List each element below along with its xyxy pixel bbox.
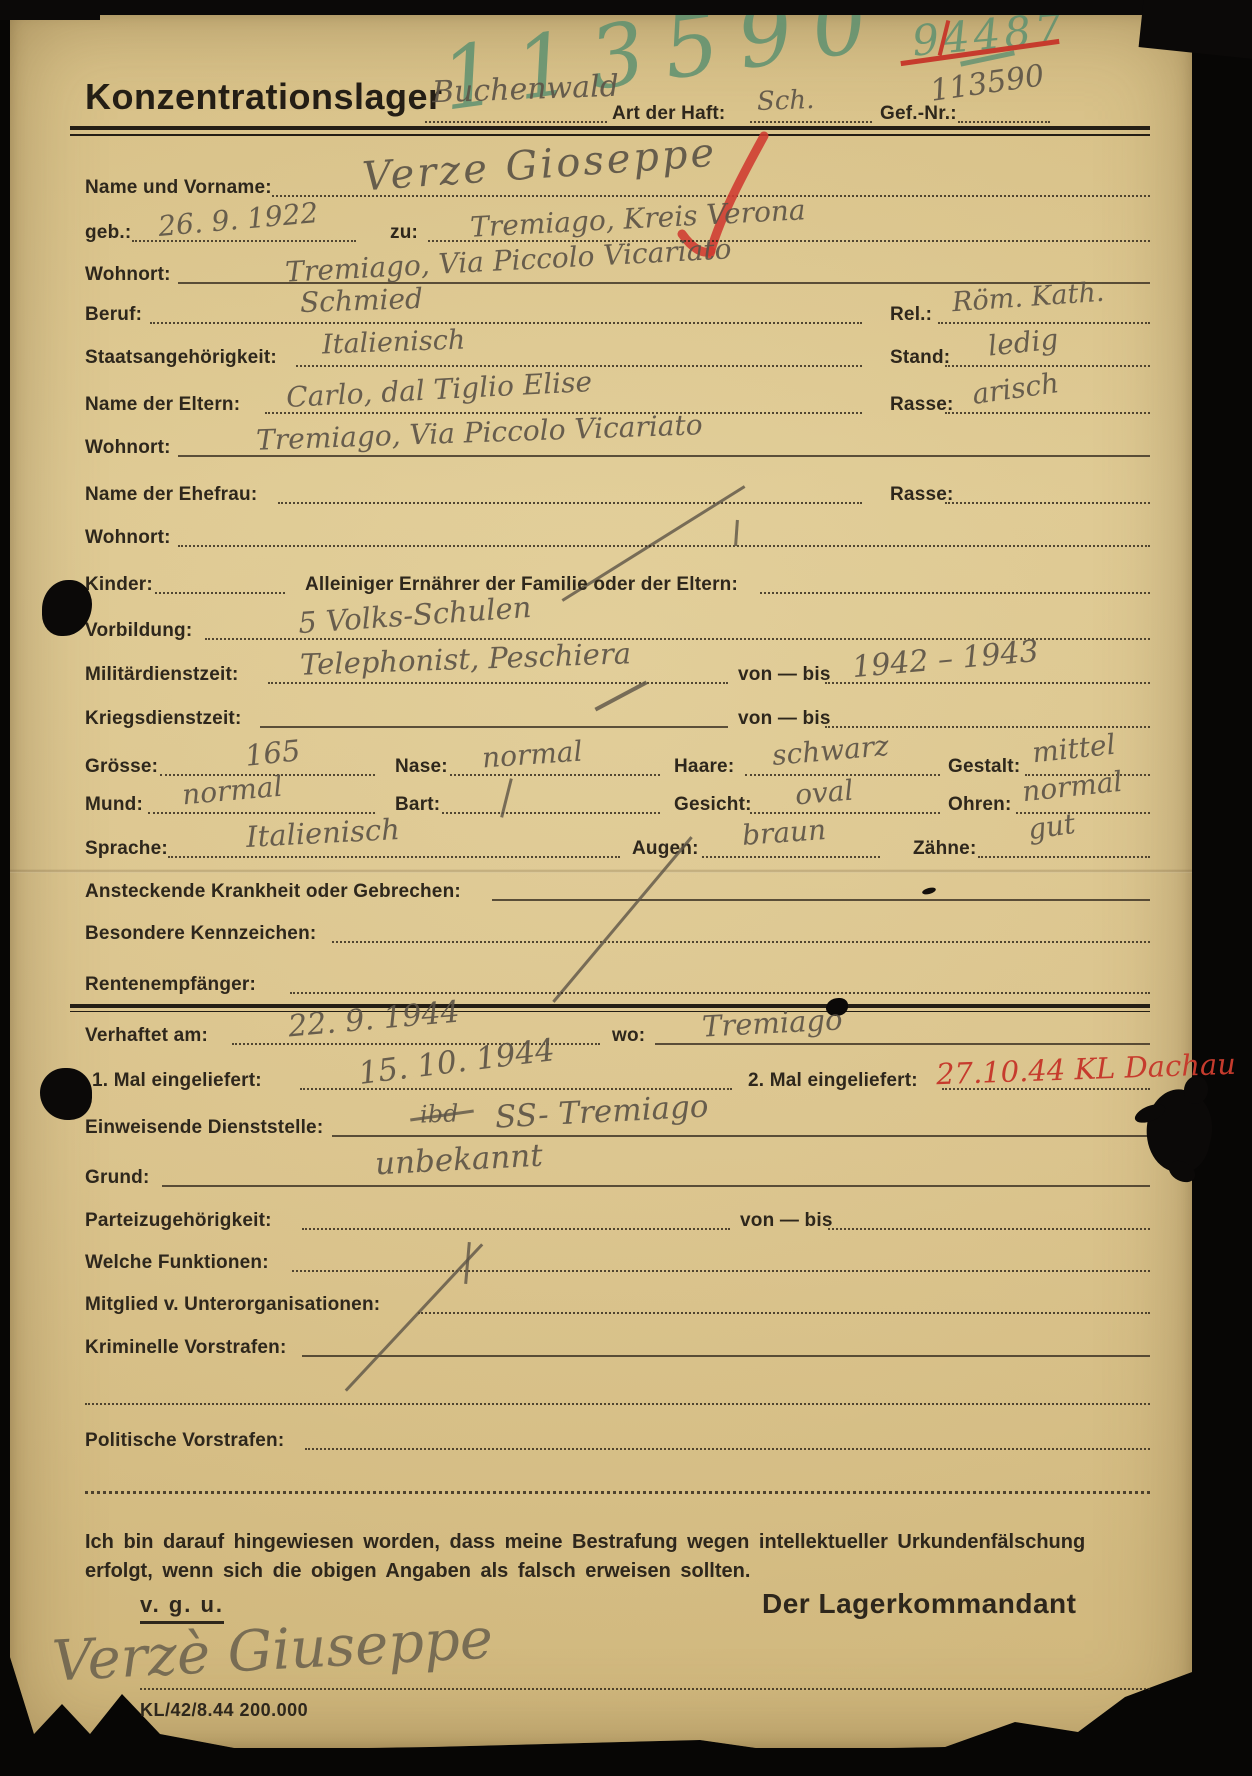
form-title: Konzentrationslager: [85, 76, 443, 118]
form-line: [750, 812, 940, 814]
form-line: [268, 682, 728, 684]
form-line: [945, 502, 1150, 504]
form-line: [305, 1448, 1150, 1450]
form-line: [655, 1043, 1150, 1045]
form-line: [302, 1228, 730, 1230]
groesse-value: 165: [243, 733, 302, 773]
haare-label: Haare:: [674, 756, 734, 778]
form-line: [148, 812, 375, 814]
form-line: [442, 812, 660, 814]
politische-label: Politische Vorstrafen:: [85, 1430, 284, 1452]
kinder-label: Kinder:: [85, 574, 153, 596]
rentenempfaenger-label: Rentenempfänger:: [85, 974, 256, 996]
form-line: [168, 856, 620, 858]
wo-label: wo:: [612, 1025, 645, 1047]
ohren-label: Ohren:: [948, 794, 1011, 816]
rasse-ehefrau-label: Rasse:: [890, 484, 954, 506]
print-code: KL/42/8.44 200.000: [140, 1700, 308, 1721]
form-line: [945, 412, 1150, 414]
form-line: [302, 1355, 1150, 1357]
geb-label: geb.:: [85, 222, 131, 244]
form-line: [150, 322, 862, 324]
zaehne-value: gut: [1026, 807, 1077, 846]
stand-label: Stand:: [890, 347, 950, 369]
form-line: [978, 856, 1150, 858]
sprache-label: Sprache:: [85, 838, 168, 860]
beruf-value: Schmied: [299, 282, 423, 319]
wohnort-label: Wohnort:: [85, 264, 171, 286]
art-der-haft-value: Sch.: [756, 85, 814, 117]
zaehne-label: Zähne:: [913, 838, 976, 860]
nase-value: normal: [481, 735, 584, 775]
form-line: [760, 592, 1150, 594]
form-line: [418, 1312, 1150, 1314]
name-label: Name und Vorname:: [85, 177, 272, 199]
vgu-label: v. g. u.: [140, 1592, 224, 1624]
eltern-label: Name der Eltern:: [85, 394, 240, 416]
rel-label: Rel.:: [890, 304, 932, 326]
militaer-von-bis-label: von — bis: [738, 664, 831, 686]
militaer-label: Militärdienstzeit:: [85, 664, 239, 686]
bart-label: Bart:: [395, 794, 440, 816]
signature-line: [140, 1688, 1150, 1690]
kennzeichen-label: Besondere Kennzeichen:: [85, 923, 316, 945]
form-line: [162, 1185, 1150, 1187]
mund-label: Mund:: [85, 794, 143, 816]
form-line: [292, 1270, 1150, 1272]
wohnort-eltern-label: Wohnort:: [85, 437, 171, 459]
partei-von-bis-label: von — bis: [740, 1210, 833, 1232]
gesicht-label: Gesicht:: [674, 794, 752, 816]
ehefrau-label: Name der Ehefrau:: [85, 484, 257, 506]
camp-name-line: [425, 121, 607, 123]
unterorganisationen-label: Mitglied v. Unterorganisationen:: [85, 1294, 380, 1316]
kommandant-label: Der Lagerkommandant: [762, 1588, 1076, 1620]
verhaftet-label: Verhaftet am:: [85, 1025, 208, 1047]
form-line: [85, 1403, 1150, 1405]
staats-label: Staatsangehörigkeit:: [85, 347, 277, 369]
header-rule-thick: [70, 126, 1150, 130]
separator-line: [85, 1491, 1150, 1494]
dienststelle-label: Einweisende Dienststelle:: [85, 1117, 323, 1139]
kriegs-von-bis-label: von — bis: [738, 708, 831, 730]
form-line: [278, 502, 862, 504]
kriminelle-label: Kriminelle Vorstrafen:: [85, 1337, 287, 1359]
form-line: [178, 545, 1150, 547]
section-rule-thin: [70, 1011, 1150, 1012]
scan-edge-top: [0, 0, 1252, 15]
funktionen-label: Welche Funktionen:: [85, 1252, 269, 1274]
form-line: [155, 592, 285, 594]
eingeliefert1-label: 1. Mal eingeliefert:: [92, 1070, 262, 1092]
art-der-haft-line: [750, 121, 872, 123]
wohnort-ehefrau-label: Wohnort:: [85, 527, 171, 549]
groesse-label: Grösse:: [85, 756, 158, 778]
gestalt-label: Gestalt:: [948, 756, 1020, 778]
grund-label: Grund:: [85, 1167, 150, 1189]
fold-crease: [10, 869, 1192, 873]
hole-punch-bottom: [40, 1068, 92, 1120]
form-line: [290, 992, 1150, 994]
form-line: [702, 856, 880, 858]
partei-label: Parteizugehörigkeit:: [85, 1210, 272, 1232]
camp-name-value: Buchenwald: [431, 69, 619, 111]
section-rule-thick: [70, 1004, 1150, 1008]
augen-value: braun: [741, 813, 827, 852]
header-rule-thin: [70, 134, 1150, 136]
form-line: [178, 455, 1150, 457]
nase-label: Nase:: [395, 756, 448, 778]
scan-edge-top-left: [0, 0, 100, 20]
form-line: [492, 899, 1150, 901]
kriegs-label: Kriegsdienstzeit:: [85, 708, 242, 730]
form-line: [828, 1228, 1150, 1230]
staats-value: Italienisch: [322, 325, 466, 361]
vorbildung-label: Vorbildung:: [85, 620, 192, 642]
declaration-text: Ich bin darauf hingewiesen worden, dass …: [85, 1528, 1160, 1586]
art-der-haft-label: Art der Haft:: [612, 103, 725, 125]
form-line: [260, 726, 728, 728]
paper: [10, 12, 1192, 1748]
form-line: [332, 941, 1150, 943]
krankheit-label: Ansteckende Krankheit oder Gebrechen:: [85, 881, 461, 903]
beruf-label: Beruf:: [85, 304, 142, 326]
rasse-label: Rasse:: [890, 394, 954, 416]
eingeliefert2-label: 2. Mal eingeliefert:: [748, 1070, 918, 1092]
zu-label: zu:: [390, 222, 418, 244]
form-line: [825, 726, 1150, 728]
scanned-document: 113590 94487 Konzentrationslager Buchenw…: [0, 0, 1252, 1776]
gef-nr-line: [958, 121, 1050, 123]
gesicht-value: oval: [794, 774, 855, 812]
form-line: [332, 1135, 1150, 1137]
form-line: [450, 774, 660, 776]
